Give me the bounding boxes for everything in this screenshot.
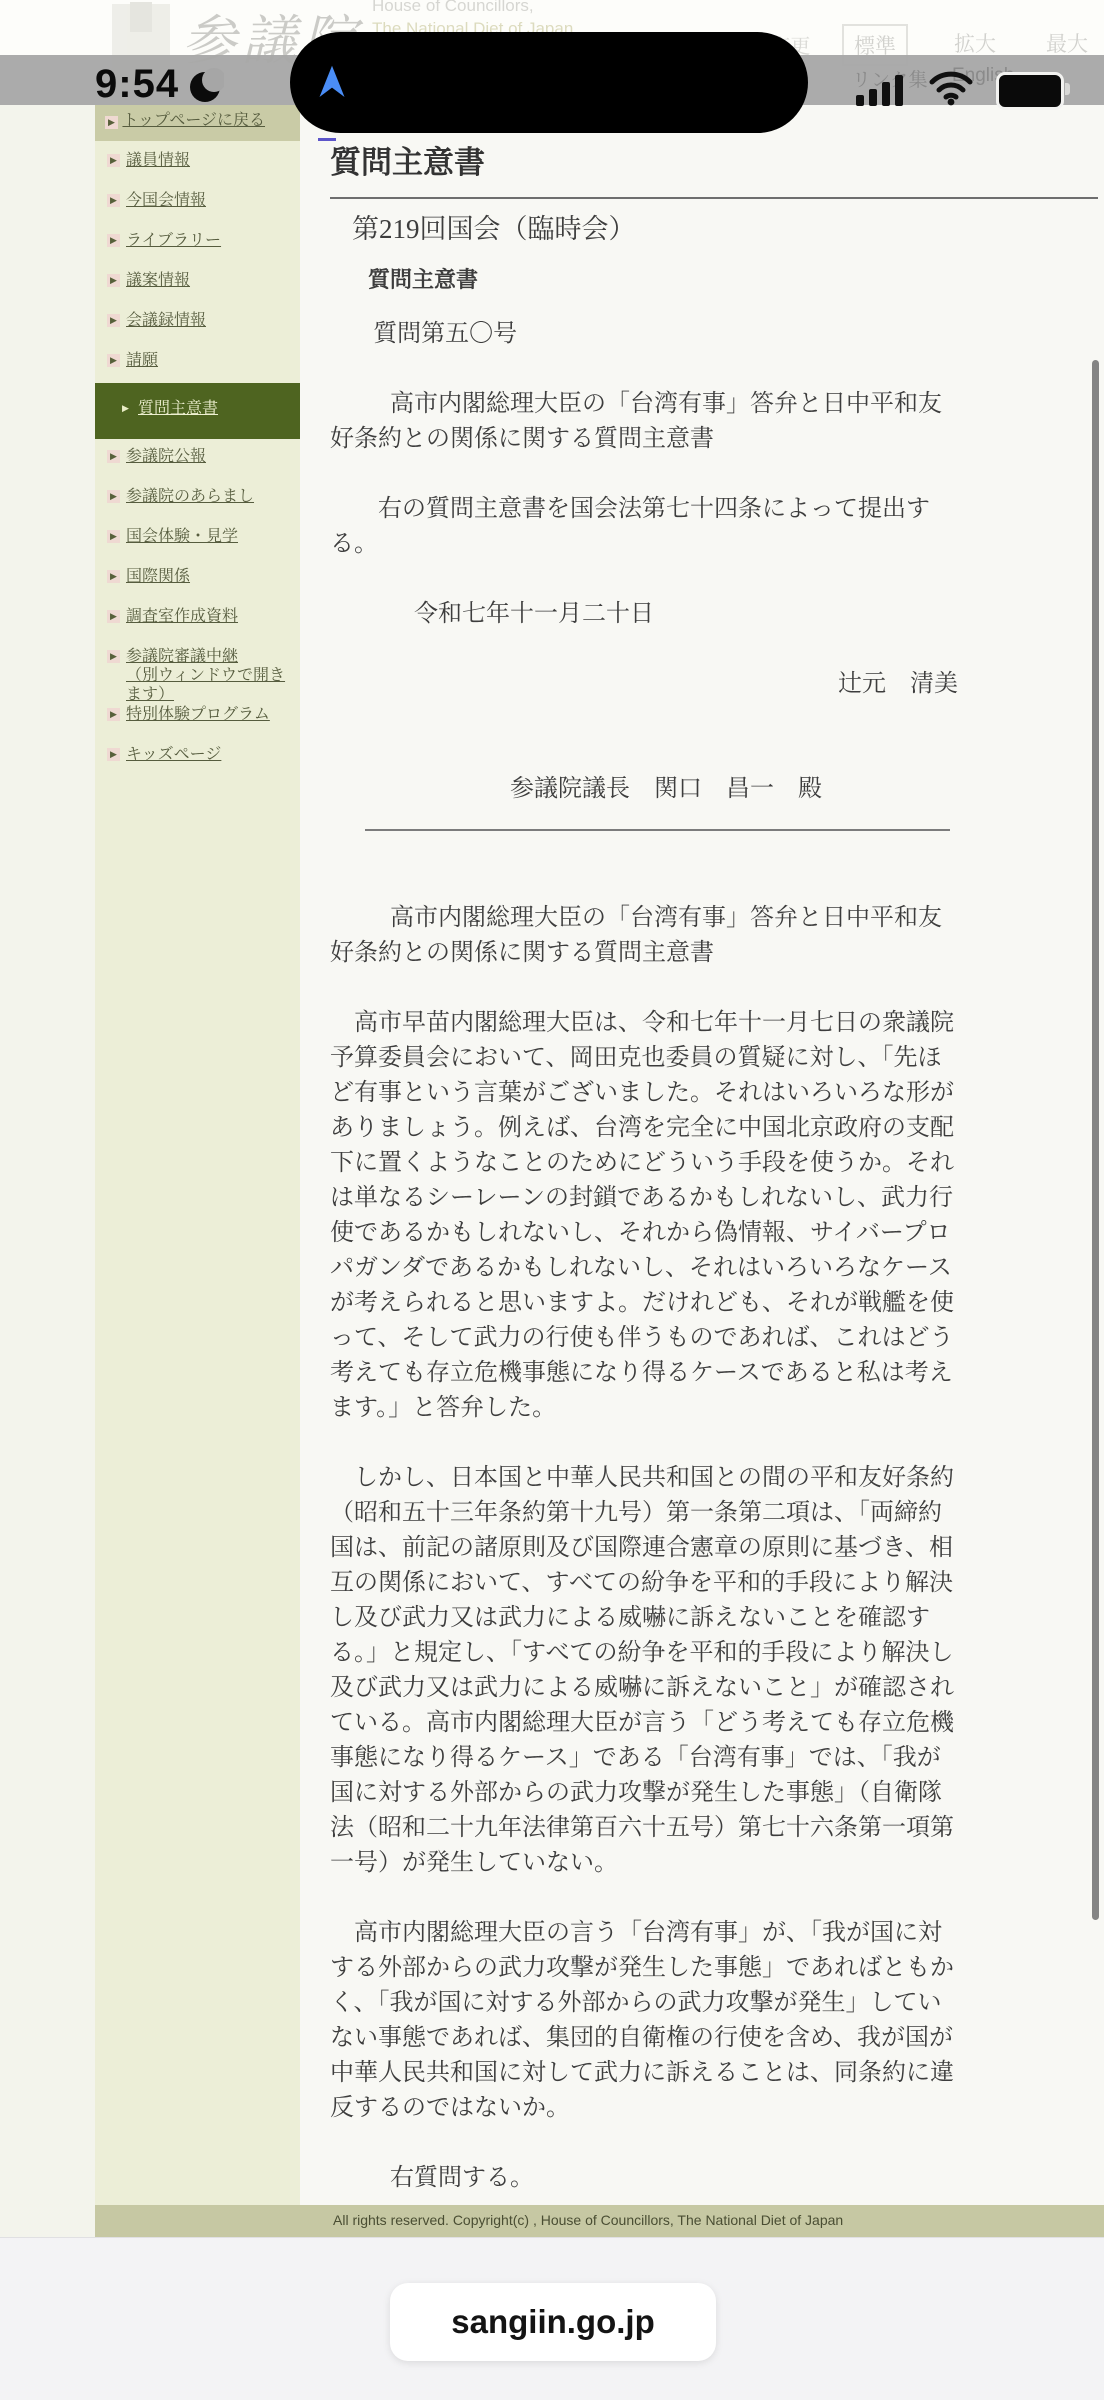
sidebar-item-kongokkai-joho[interactable]: ▶ 今国会情報 bbox=[95, 191, 300, 231]
sidebar-link[interactable]: キッズページ bbox=[126, 745, 221, 764]
dynamic-island bbox=[290, 32, 808, 133]
sidebar-link-note[interactable]: （別ウィンドウで開きます） bbox=[126, 666, 300, 704]
document-type-label: 質問主意書 bbox=[368, 265, 958, 295]
body-paragraph-2: しかし、日本国と中華人民共和国との間の平和友好条約（昭和五十三年条約第十九号）第… bbox=[330, 1461, 958, 1881]
phone-screen: 参議院 House of Councillors, The National D… bbox=[0, 0, 1104, 2400]
bullet-arrow-icon: ▶ bbox=[107, 748, 120, 761]
sidebar-item-tokubetsu-taiken[interactable]: ▶ 特別体験プログラム bbox=[95, 705, 300, 745]
sidebar-link[interactable]: 議案情報 bbox=[126, 271, 190, 290]
submitter-name: 辻元 清美 bbox=[330, 667, 958, 702]
sidebar: ▶ トップページに戻る ▶ 議員情報 ▶ 今国会情報 ▶ ライブラリー ▶ 議案… bbox=[95, 105, 300, 2205]
submission-date: 令和七年十一月二十日 bbox=[330, 597, 958, 632]
question-number: 質問第五〇号 bbox=[330, 317, 958, 352]
diet-session-label: 第219回国会（臨時会） bbox=[352, 211, 958, 247]
sidebar-item-kaigiroku-joho[interactable]: ▶ 会議録情報 bbox=[95, 311, 300, 351]
bullet-arrow-icon: ▶ bbox=[107, 570, 120, 583]
sidebar-item-gian-joho[interactable]: ▶ 議案情報 bbox=[95, 271, 300, 311]
sidebar-item-aramashi[interactable]: ▶ 参議院のあらまし bbox=[95, 487, 300, 527]
sidebar-link[interactable]: 参議院のあらまし bbox=[126, 487, 254, 506]
bullet-arrow-icon: ▶ bbox=[107, 490, 120, 503]
bullet-arrow-icon: ▶ bbox=[107, 154, 120, 167]
sidebar-item-kokusai-kankei[interactable]: ▶ 国際関係 bbox=[95, 567, 300, 607]
hidden-breadcrumb-link bbox=[318, 138, 336, 141]
browser-bottom-bar: sangiin.go.jp bbox=[0, 2237, 1104, 2400]
bullet-arrow-icon: ▶ bbox=[107, 274, 120, 287]
sidebar-link[interactable]: 国際関係 bbox=[126, 567, 190, 586]
copyright-bar: All rights reserved. Copyright(c) , Hous… bbox=[95, 2205, 1104, 2237]
bullet-arrow-icon: ▶ bbox=[107, 650, 120, 663]
page-left-gutter bbox=[0, 105, 95, 2205]
question-title: 高市内閣総理大臣の「台湾有事」答弁と日中平和友好条約との関係に関する質問主意書 bbox=[330, 387, 958, 457]
scrollbar[interactable] bbox=[1092, 360, 1099, 1920]
sidebar-link[interactable]: 参議院公報 bbox=[126, 447, 206, 466]
bullet-arrow-icon: ▶ bbox=[107, 234, 120, 247]
body-paragraph-1: 高市早苗内閣総理大臣は、令和七年十一月七日の衆議院予算委員会において、岡田克也委… bbox=[330, 1006, 958, 1426]
sidebar-link-selected[interactable]: 質問主意書 bbox=[138, 399, 218, 418]
cellular-signal-icon bbox=[856, 72, 903, 106]
bullet-arrow-icon: ▶ bbox=[107, 530, 120, 543]
address-bar-url: sangiin.go.jp bbox=[451, 2303, 655, 2341]
copyright-text: All rights reserved. Copyright(c) , Hous… bbox=[333, 2212, 843, 2228]
bullet-arrow-icon: ▶ bbox=[107, 314, 120, 327]
sidebar-link[interactable]: 請願 bbox=[126, 351, 158, 370]
crescent-moon-icon bbox=[186, 68, 224, 111]
sidebar-item-koho[interactable]: ▶ 参議院公報 bbox=[95, 447, 300, 487]
site-subtitle-line1: House of Councillors, bbox=[372, 0, 573, 17]
divider-rule bbox=[365, 829, 950, 831]
sidebar-link[interactable]: 参議院審議中継 bbox=[126, 647, 300, 666]
sidebar-link[interactable]: 会議録情報 bbox=[126, 311, 206, 330]
location-arrow-icon bbox=[312, 62, 352, 107]
status-time: 9:54 bbox=[95, 62, 179, 107]
back-to-top-link[interactable]: トップページに戻る bbox=[122, 112, 265, 129]
sidebar-link[interactable]: 議員情報 bbox=[126, 151, 190, 170]
address-bar[interactable]: sangiin.go.jp bbox=[390, 2283, 716, 2361]
sidebar-item-library[interactable]: ▶ ライブラリー bbox=[95, 231, 300, 271]
sidebar-link[interactable]: 調査室作成資料 bbox=[126, 607, 238, 626]
bullet-arrow-icon: ▶ bbox=[107, 708, 120, 721]
sidebar-item-kids-page[interactable]: ▶ キッズページ bbox=[95, 745, 300, 785]
selected-bullet-arrow-icon: ▶ bbox=[119, 402, 132, 415]
bullet-arrow-icon: ▶ bbox=[105, 116, 118, 129]
wifi-icon bbox=[928, 70, 974, 111]
addressee-line: 参議院議長 関口 昌一 殿 bbox=[330, 772, 958, 807]
submission-statement: 右の質問主意書を国会法第七十四条によって提出する。 bbox=[330, 492, 958, 562]
sidebar-item-giin-joho[interactable]: ▶ 議員情報 bbox=[95, 151, 300, 191]
body-paragraph-3: 高市内閣総理大臣の言う「台湾有事」が、「我が国に対する外部からの武力攻撃が発生し… bbox=[330, 1916, 958, 2126]
bullet-arrow-icon: ▶ bbox=[107, 194, 120, 207]
bullet-arrow-icon: ▶ bbox=[107, 610, 120, 623]
main-content: 質問主意書 第219回国会（臨時会） 質問主意書 質問第五〇号 高市内閣総理大臣… bbox=[300, 105, 1104, 2205]
closing-statement: 右質問する。 bbox=[330, 2161, 958, 2196]
sidebar-link[interactable]: 今国会情報 bbox=[126, 191, 206, 210]
bullet-arrow-icon: ▶ bbox=[107, 354, 120, 367]
sidebar-link[interactable]: 国会体験・見学 bbox=[126, 527, 238, 546]
sidebar-link[interactable]: 特別体験プログラム bbox=[126, 705, 270, 724]
sidebar-link[interactable]: ライブラリー bbox=[126, 231, 221, 250]
body-title: 高市内閣総理大臣の「台湾有事」答弁と日中平和友好条約との関係に関する質問主意書 bbox=[330, 901, 958, 971]
battery-icon bbox=[996, 72, 1064, 110]
sidebar-item-shitsumon-shuisho[interactable]: ▶ 質問主意書 bbox=[95, 383, 310, 439]
page-title: 質問主意書 bbox=[330, 143, 1098, 199]
sidebar-menu: ▶ 議員情報 ▶ 今国会情報 ▶ ライブラリー ▶ 議案情報 ▶ 会議録情報 ▶… bbox=[95, 151, 300, 785]
sidebar-item-chosa-shiryo[interactable]: ▶ 調査室作成資料 bbox=[95, 607, 300, 647]
sidebar-item-taiken-kengaku[interactable]: ▶ 国会体験・見学 bbox=[95, 527, 300, 567]
bullet-arrow-icon: ▶ bbox=[107, 450, 120, 463]
sidebar-item-shingi-chukei[interactable]: ▶ 参議院審議中継 （別ウィンドウで開きます） bbox=[95, 647, 300, 705]
